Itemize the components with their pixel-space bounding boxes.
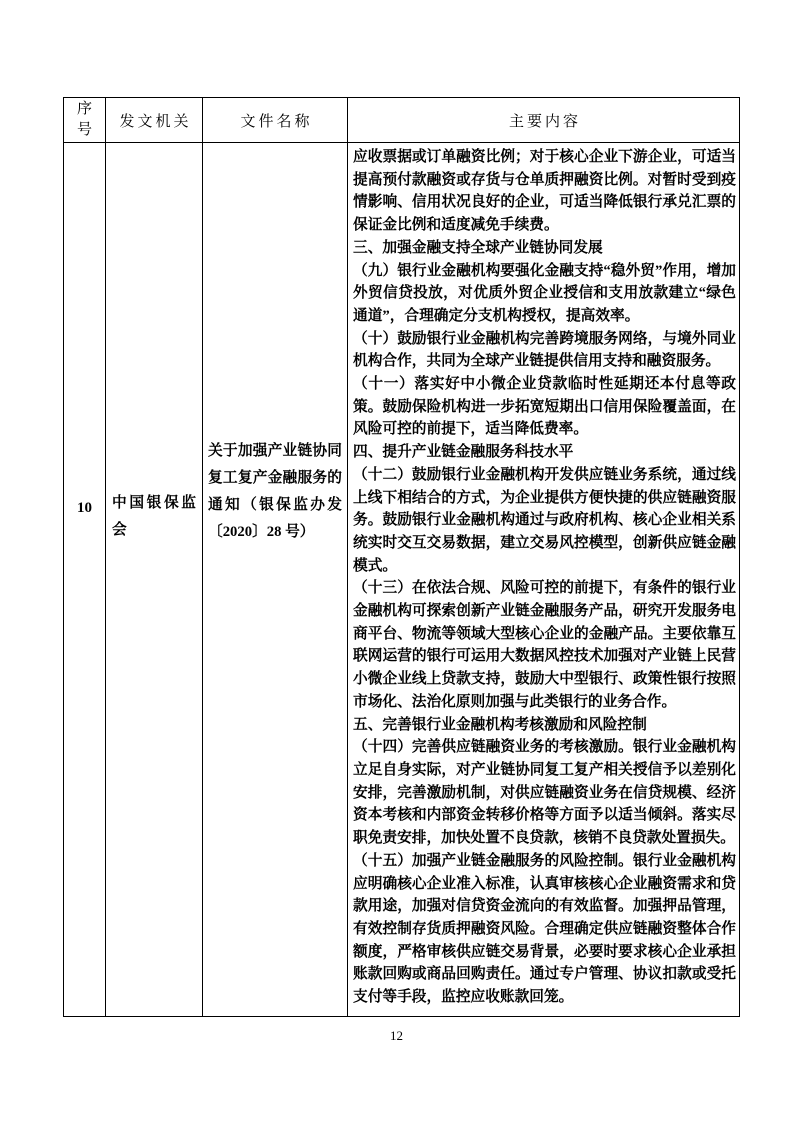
content-paragraph: 四、提升产业链金融服务科技水平: [353, 441, 736, 464]
content-paragraph: 三、加强金融支持全球产业链协同发展: [353, 237, 736, 260]
page-number: 12: [0, 1028, 793, 1044]
column-header-serial: 序号: [64, 98, 106, 143]
column-header-main-content-label: 主要内容: [506, 110, 581, 131]
content-paragraph: 应收票据或订单融资比例；对于核心企业下游企业，可适当提高预付款融资或存货与仓单质…: [353, 146, 736, 237]
content-paragraph: （十二）鼓励银行业金融机构开发供应链业务系统，通过线上线下相结合的方式，为企业提…: [353, 464, 736, 578]
column-header-main-content: 主要内容: [348, 98, 739, 143]
column-header-document-name: 文件名称: [203, 98, 348, 143]
row-serial-number: 10: [64, 143, 106, 1016]
content-paragraph: （十一）落实好中小微企业贷款临时性延期还本付息等政策。鼓励保险机构进一步拓宽短期…: [353, 373, 736, 441]
column-header-document-name-label: 文件名称: [237, 110, 312, 131]
row-issuing-agency: 中国银保监会: [106, 143, 203, 1016]
row-document-name: 关于加强产业链协同复工复产金融服务的通知（银保监办发〔2020〕28 号）: [203, 143, 348, 1016]
content-paragraph: （十五）加强产业链金融服务的风险控制。银行业金融机构应明确核心企业准入标准，认真…: [353, 850, 736, 1009]
column-header-agency-label: 发文机关: [116, 110, 191, 131]
content-paragraph: （九）银行业金融机构要强化金融支持“稳外贸”作用，增加外贸信贷投放，对优质外贸企…: [353, 260, 736, 328]
policy-document-table: 序号 发文机关 文件名称 主要内容 10 中国银保监会 关于加强产业链协同复工复…: [63, 97, 740, 1017]
row-main-content: 应收票据或订单融资比例；对于核心企业下游企业，可适当提高预付款融资或存货与仓单质…: [348, 143, 739, 1016]
column-header-serial-label: 序号: [76, 99, 93, 141]
content-paragraph: 五、完善银行业金融机构考核激励和风险控制: [353, 714, 736, 737]
column-header-agency: 发文机关: [106, 98, 203, 143]
content-paragraph: （十三）在依法合规、风险可控的前提下，有条件的银行业金融机构可探索创新产业链金融…: [353, 577, 736, 713]
content-paragraph: （十）鼓励银行业金融机构完善跨境服务网络，与境外同业机构合作，共同为全球产业链提…: [353, 328, 736, 373]
content-paragraph: （十四）完善供应链融资业务的考核激励。银行业金融机构立足自身实际，对产业链协同复…: [353, 736, 736, 850]
